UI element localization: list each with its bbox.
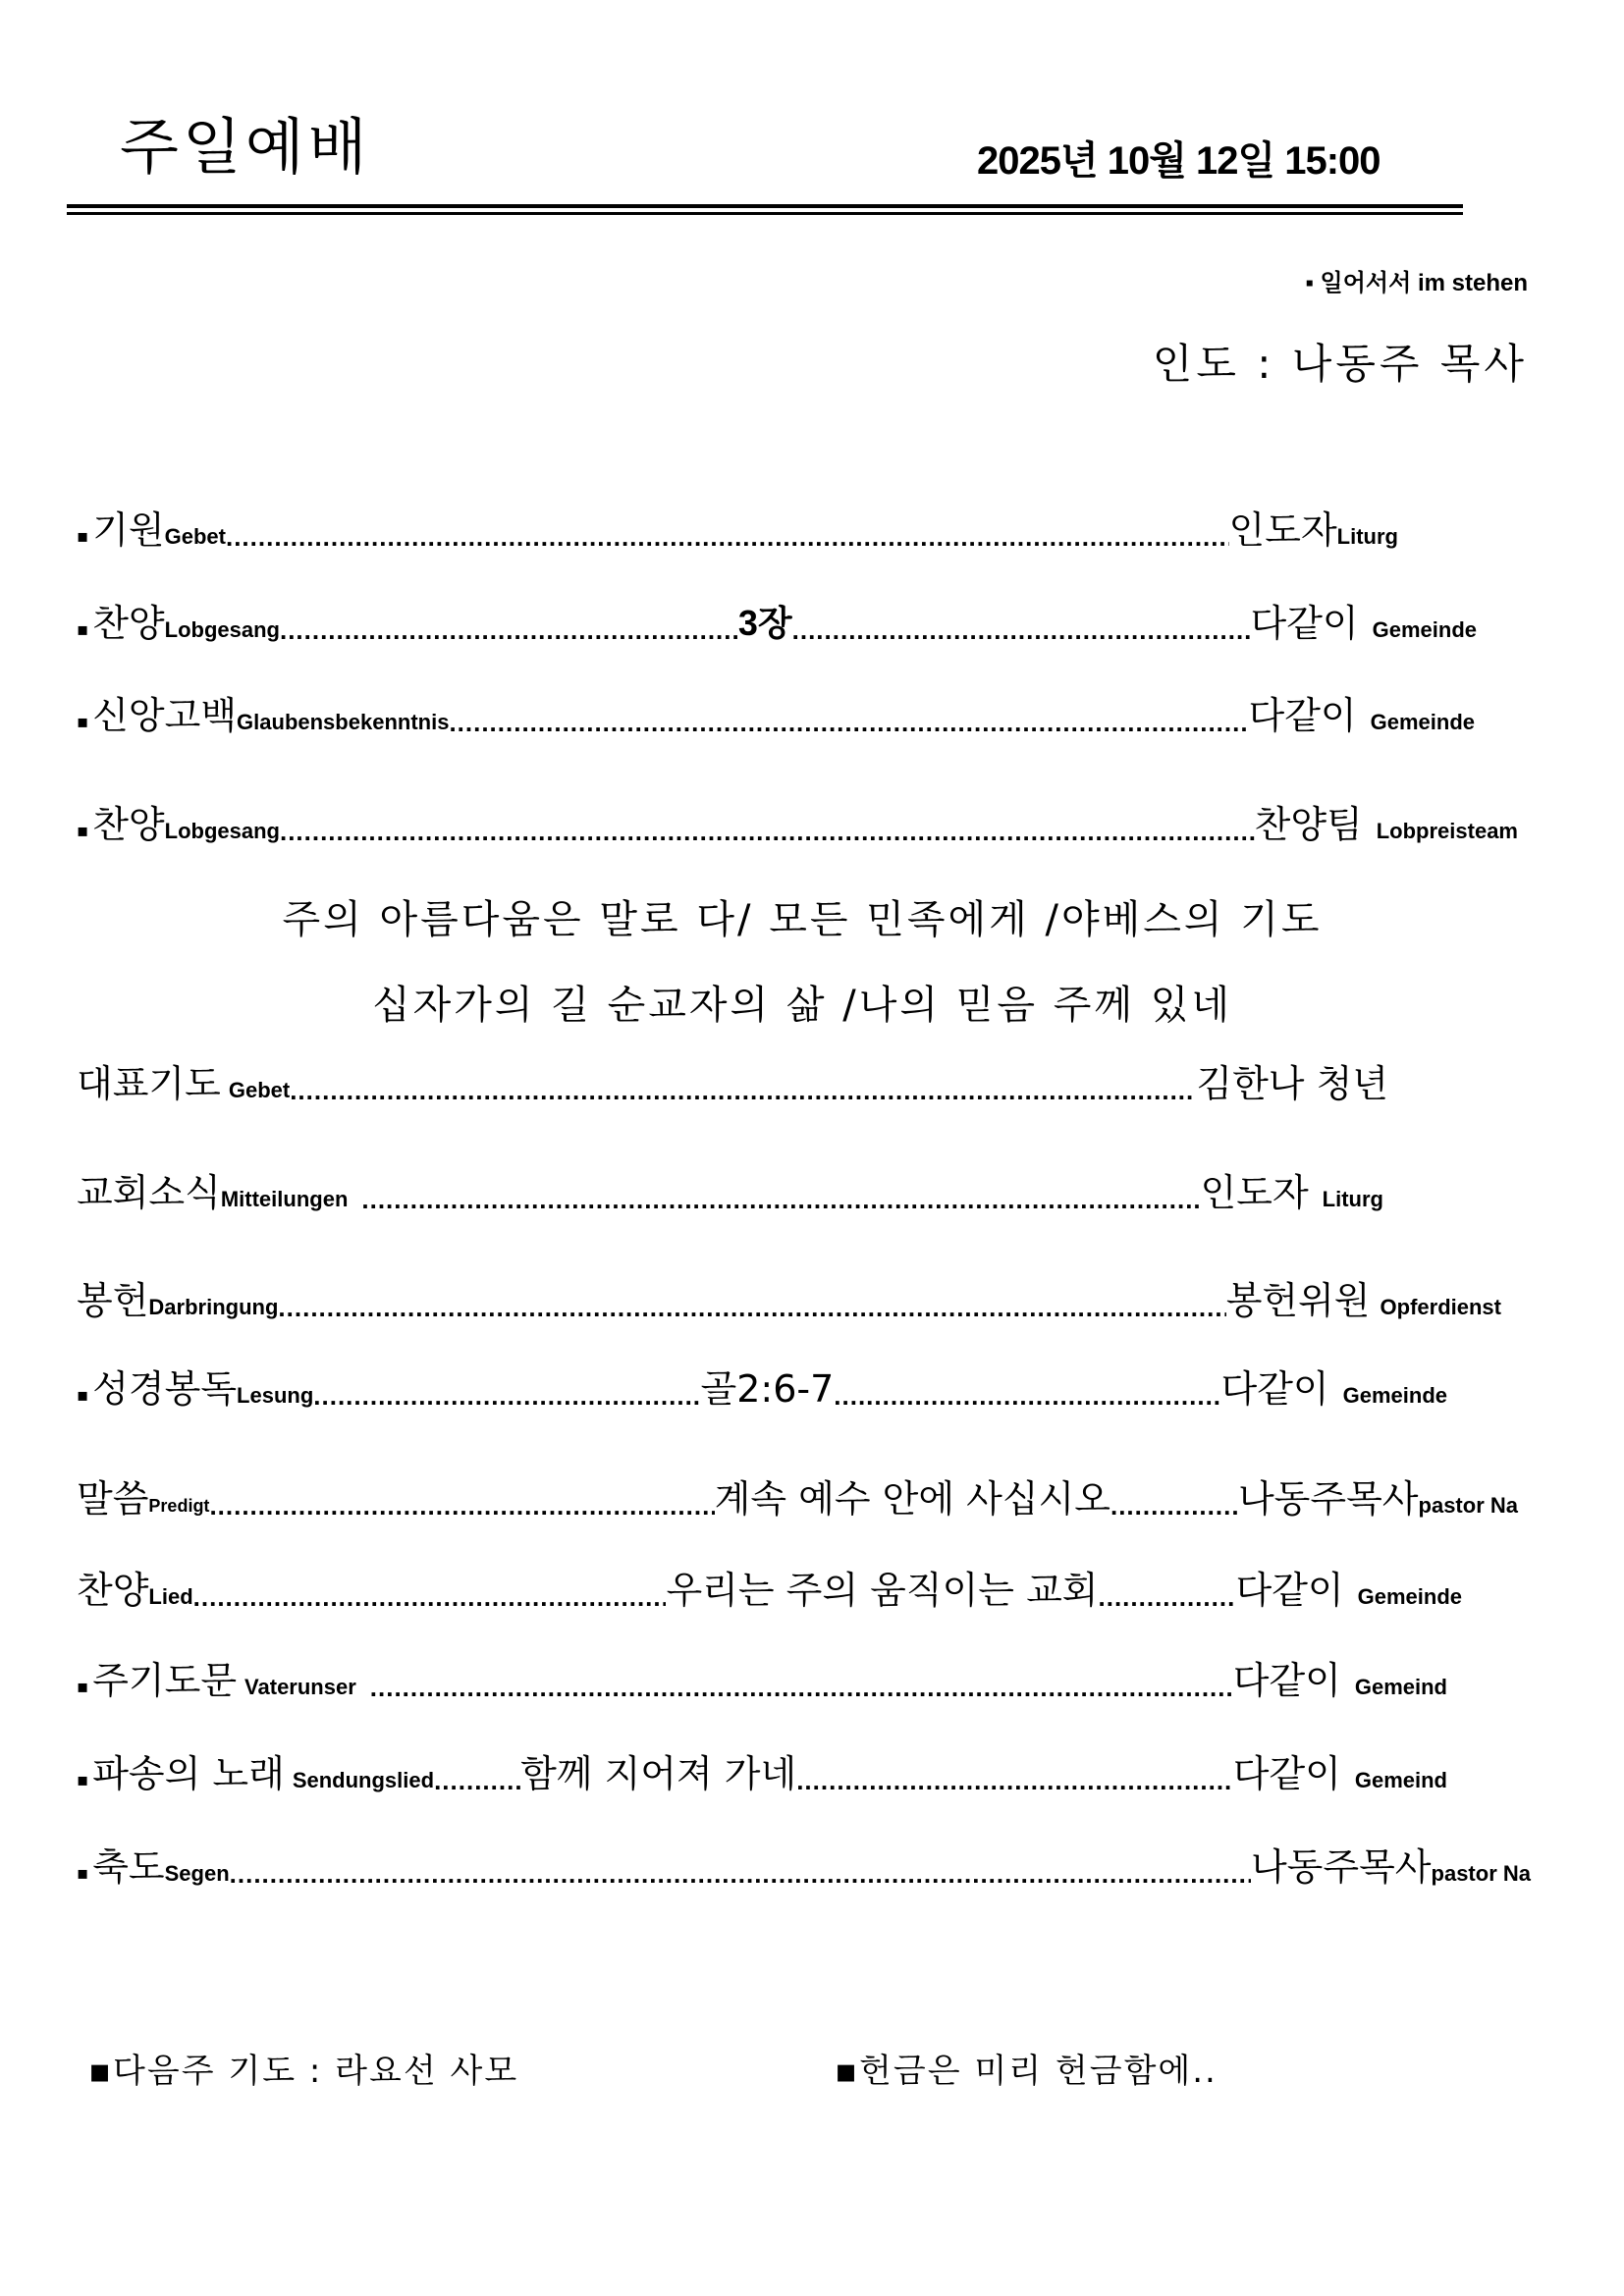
order-item-lords-prayer: ▪ 주기도문 Vaterunser ......................… (77, 1653, 1447, 1702)
dot-leader: ........................................… (226, 522, 1229, 552)
item-person-ko: 다같이 (1221, 1367, 1329, 1411)
item-title-de: Lobgesang (165, 615, 280, 645)
item-title-ko: 성경봉독 (92, 1367, 237, 1411)
bullet-icon: ▪ (77, 1766, 88, 1795)
song-list-line-2: 십자가의 길 순교자의 삶 /나의 믿음 주께 있네 (0, 974, 1614, 1030)
dot-leader: ........................................… (792, 615, 1251, 645)
item-title-de: Lesung (237, 1381, 313, 1411)
order-item-scripture: ▪ 성경봉독 Lesung ..........................… (77, 1362, 1447, 1411)
order-item-praise: ▪ 찬양 Lobgesang .........................… (77, 797, 1518, 846)
dot-leader: ........................................… (313, 1381, 700, 1411)
item-person-ko: 다같이 (1251, 602, 1359, 645)
order-item-sermon: 말씀 Predigt .............................… (77, 1471, 1518, 1521)
song-title: 우리는 주의 움직이는 교회 (666, 1569, 1098, 1612)
item-title-ko: 찬양 (92, 602, 164, 645)
header-divider-top (67, 204, 1463, 208)
order-item-benediction: ▪ 축도 Segen .............................… (77, 1840, 1531, 1889)
item-title-de: Segen (165, 1859, 230, 1889)
header-divider-bottom (67, 212, 1463, 215)
item-person-ko: 봉헌위원 (1226, 1279, 1371, 1322)
bullet-icon: ▪ (77, 1381, 88, 1411)
dot-leader: ........................................… (834, 1381, 1220, 1411)
item-detail: 3장 (738, 602, 792, 645)
order-item-creed: ▪ 신앙고백 Glaubensbekenntnis ..............… (77, 688, 1475, 737)
item-person-de: Lobpreisteam (1377, 817, 1518, 846)
order-item-announcements: 교회소식 Mitteilungen ......................… (77, 1165, 1383, 1214)
dot-leader: ........................................… (290, 1076, 1196, 1105)
item-person-de: pastor Na (1419, 1491, 1518, 1521)
dot-leader: ........................................… (230, 1859, 1251, 1889)
item-detail: 골2:6-7 (701, 1367, 835, 1411)
dot-leader: ........................................… (361, 1185, 1200, 1214)
song-list-line-1: 주의 아름다움은 말로 다/ 모든 민족에게 /야베스의 기도 (0, 888, 1614, 944)
bullet-icon: ▪ (77, 615, 88, 645)
item-title-de: Lied (148, 1582, 192, 1612)
item-person-ko: 인도자 (1201, 1171, 1309, 1214)
item-title-de: Gebet (165, 522, 226, 552)
bullet-icon: ▪ (77, 817, 88, 846)
item-person-de: Gemeinde (1343, 1381, 1447, 1411)
item-title-ko: 대표기도 (77, 1062, 221, 1105)
sermon-title: 계속 예수 안에 사십시오 (715, 1477, 1110, 1521)
order-item-representative-prayer: 대표기도 Gebet .............................… (77, 1056, 1388, 1105)
item-person-de: Gemeind (1355, 1673, 1447, 1702)
order-item-hymn: ▪ 찬양 Lobgesang .........................… (77, 596, 1477, 645)
item-title-ko: 찬양 (92, 803, 164, 846)
item-person-ko: 찬양팀 (1255, 803, 1363, 846)
item-title-de: Sendungslied (293, 1766, 434, 1795)
item-title-ko: 축도 (92, 1845, 164, 1889)
page-title: 주일예배 (120, 98, 371, 186)
bullet-icon: ▪ (77, 1673, 88, 1702)
item-title-ko: 신앙고백 (92, 694, 237, 737)
item-person-ko: 다같이 (1233, 1659, 1341, 1702)
dot-leader: ........................................… (280, 817, 1255, 846)
dot-leader: ........................................… (193, 1582, 667, 1612)
item-title-de: Glaubensbekenntnis (237, 708, 449, 737)
item-person-de: Liturg (1323, 1185, 1383, 1214)
item-person-ko: 나동주목사 (1238, 1477, 1419, 1521)
dot-leader: ........................................… (280, 615, 738, 645)
item-person-de: pastor Na (1432, 1859, 1531, 1889)
worship-leader: 인도 : 나동주 목사 (1153, 332, 1528, 391)
item-title-de: Lobgesang (165, 817, 280, 846)
dot-leader: ........................................… (209, 1491, 714, 1521)
item-person-ko: 인도자 (1229, 508, 1337, 552)
dot-leader: ........................................… (278, 1293, 1225, 1322)
standing-note: ▪ 일어서서 im stehen (1305, 263, 1528, 297)
dot-leader: ........................................… (434, 1766, 520, 1795)
item-title-ko: 말씀 (77, 1477, 148, 1521)
song-title: 함께 지어져 가네 (520, 1752, 796, 1795)
dot-leader: ........................................… (370, 1673, 1233, 1702)
order-item-invocation: ▪ 기원 Gebet .............................… (77, 503, 1398, 552)
item-title-de: Mitteilungen (221, 1185, 349, 1214)
item-title-ko: 파송의 노래 (92, 1752, 285, 1795)
dot-leader: ........................................… (1110, 1491, 1238, 1521)
item-title-de: Gebet (229, 1076, 290, 1105)
item-person-de: Opferdienst (1380, 1293, 1501, 1322)
item-title-ko: 교회소식 (77, 1171, 221, 1214)
next-week-prayer-note: ▪다음주 기도 : 라요선 사모 (88, 2044, 518, 2092)
item-title-de: Predigt (148, 1491, 209, 1521)
item-person-de: Gemeinde (1358, 1582, 1462, 1612)
item-title-ko: 봉헌 (77, 1279, 148, 1322)
item-person-ko: 다같이 (1233, 1752, 1341, 1795)
bullet-icon: ▪ (77, 1859, 88, 1889)
item-person-de: Liturg (1337, 522, 1398, 552)
offering-note: ▪헌금은 미리 헌금함에.. (835, 2044, 1218, 2092)
item-person-de: Gemeinde (1373, 615, 1477, 645)
item-title-de: Vaterunser (244, 1673, 356, 1702)
order-item-sending-song: ▪ 파송의 노래 Sendungslied ..................… (77, 1746, 1447, 1795)
item-person-ko: 다같이 (1236, 1569, 1344, 1612)
service-datetime: 2025년 10월 12일 15:00 (977, 130, 1380, 186)
item-title-ko: 주기도문 (92, 1659, 237, 1702)
item-person-ko: 나동주목사 (1251, 1845, 1432, 1889)
item-person-de: Gemeind (1355, 1766, 1447, 1795)
item-title-ko: 기원 (92, 508, 164, 552)
item-title-ko: 찬양 (77, 1569, 148, 1612)
item-person-ko: 다같이 (1249, 694, 1357, 737)
order-item-song: 찬양 Lied ................................… (77, 1563, 1462, 1612)
dot-leader: ........................................… (449, 708, 1248, 737)
order-item-offering: 봉헌 Darbringung .........................… (77, 1273, 1501, 1322)
dot-leader: ........................................… (796, 1766, 1233, 1795)
bullet-icon: ▪ (77, 708, 88, 737)
bullet-icon: ▪ (77, 522, 88, 552)
item-person-de: Gemeinde (1371, 708, 1475, 737)
item-person-ko: 김한나 청년 (1196, 1062, 1388, 1105)
item-title-de: Darbringung (148, 1293, 278, 1322)
dot-leader: ........................................… (1099, 1582, 1236, 1612)
